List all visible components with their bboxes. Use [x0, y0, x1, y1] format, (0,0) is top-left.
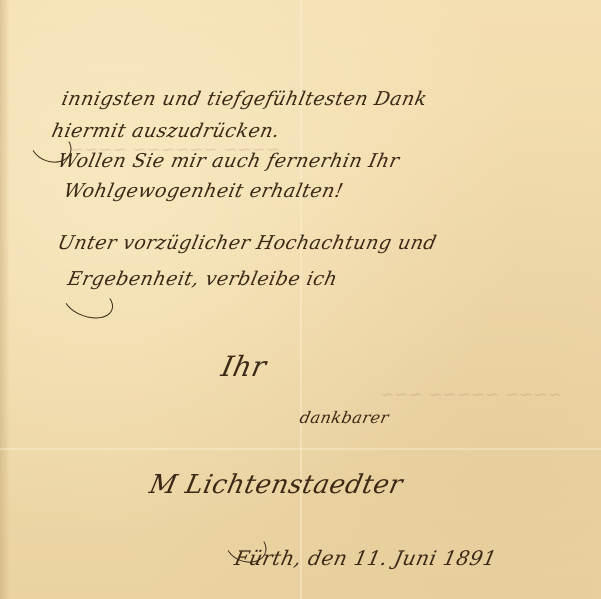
closing-adjective: dankbarer — [298, 408, 391, 427]
closing-salutation: Ihr — [218, 350, 269, 383]
letter-line-1: innigsten und tiefgefühltesten Dank — [60, 88, 430, 110]
letter-page: ~~~~ ~~~~~~ ~~~~ ~~~~ ~~~~~ ~~~ innigste… — [0, 0, 601, 599]
paper-fold-horizontal — [0, 448, 601, 450]
letter-line-5: Unter vorzüglicher Hochachtung und — [56, 232, 439, 254]
letter-line-2: hiermit auszudrücken. — [50, 120, 282, 142]
letter-line-4: Wohlgewogenheit erhalten! — [62, 180, 346, 202]
paper-edge-shadow — [0, 0, 10, 599]
letter-line-6: Ergebenheit, verbleibe ich — [66, 268, 340, 290]
letter-line-3: Wollen Sie mir auch fernerhin Ihr — [56, 150, 402, 172]
dateline: Fürth, den 11. Juni 1891 — [232, 546, 499, 570]
ink-bleedthrough: ~~~~ ~~~~~ ~~~ — [378, 385, 563, 405]
signature: M Lichtenstaedter — [147, 470, 406, 500]
